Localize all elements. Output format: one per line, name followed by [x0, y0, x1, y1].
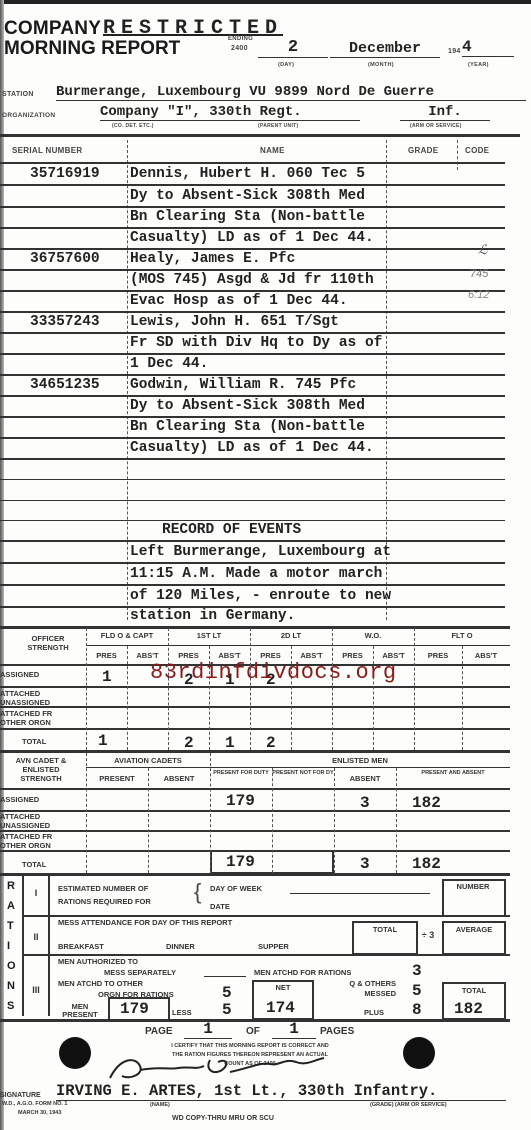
roster-line: Casualty) LD as of 1 Dec 44.	[130, 440, 374, 456]
group-label: W.O.	[332, 631, 414, 640]
form-title-company: COMPANY	[4, 18, 101, 40]
form-date: MARCH 30, 1943	[18, 1110, 61, 1116]
group-label: ENLISTED MEN	[210, 756, 510, 765]
arm-value: Inf.	[400, 104, 490, 121]
label: MESS SEPARATELY	[104, 968, 176, 977]
sub-label: ABS'T	[291, 651, 332, 660]
grade-caption: (GRADE) (ARM OR SERVICE)	[370, 1102, 447, 1108]
roster-line: Evac Hosp as of 1 Dec 44.	[130, 293, 348, 309]
col-grade: GRADE	[408, 146, 438, 155]
label: DATE	[210, 902, 230, 911]
row-label-total: TOTAL	[22, 737, 46, 746]
label: MESSED	[326, 989, 396, 998]
col-serial: SERIAL NUMBER	[12, 146, 82, 155]
rations-letter: N	[7, 980, 15, 992]
col-name: NAME	[260, 146, 285, 155]
label: LESS	[172, 1008, 192, 1017]
value: 5	[222, 1001, 232, 1019]
value: 182	[454, 1000, 483, 1018]
serial-number: 33357243	[30, 314, 100, 330]
margin-note-initials: ℒ	[478, 243, 487, 258]
report-year: 4	[462, 38, 514, 57]
sub-label: ABS'T	[373, 651, 414, 660]
row-label-attached-unassigned: ATTACHED UNASSIGNED	[0, 812, 75, 830]
signer-name: IRVING E. ARTES, 1st Lt., 330th Infantry…	[56, 1082, 506, 1101]
row-label-assigned: ASSIGNED	[0, 795, 39, 804]
sub-label: PRES	[168, 651, 209, 660]
sub-label: ABS'T	[462, 651, 510, 660]
sub-label: PRESENT FOR DUTY	[210, 770, 272, 776]
name-caption: (NAME)	[150, 1102, 170, 1108]
officer-strength-label: OFFICER STRENGTH	[18, 634, 78, 652]
brace: {	[194, 881, 201, 903]
form-title-morning-report: MORNING REPORT	[4, 38, 180, 60]
value: 5	[412, 982, 422, 1000]
page-count: 1	[272, 1020, 316, 1039]
label: PLUS	[364, 1008, 384, 1017]
report-day: 2	[258, 38, 328, 58]
day-caption: (DAY)	[278, 62, 294, 68]
sub-label: PRESENT	[86, 774, 148, 783]
row-label-attached-other: ATTACHED FR OTHER ORGN	[0, 709, 75, 727]
event-line: 11:15 A.M. Made a motor march	[130, 566, 382, 582]
page-number: 1	[184, 1020, 232, 1039]
rations-letter: A	[7, 900, 15, 912]
classification-stamp: RESTRICTED	[103, 17, 283, 40]
record-of-events-heading: RECORD OF EVENTS	[162, 522, 301, 538]
punch-hole-left	[59, 1037, 91, 1069]
station-value: Burmerange, Luxembourg VU 9899 Nord De G…	[56, 84, 526, 101]
ending-time: 2400	[231, 45, 248, 52]
sub-label: PRES	[250, 651, 291, 660]
divide-sign: ÷ 3	[418, 930, 438, 940]
scan-edge-left	[0, 0, 4, 1130]
group-label: 2D LT	[250, 631, 332, 640]
value: 179	[226, 853, 255, 871]
value: 1	[102, 668, 112, 686]
pages-label: PAGES	[320, 1026, 354, 1037]
section-number: III	[24, 985, 48, 995]
roster-line: Casualty) LD as of 1 Dec 44.	[130, 230, 374, 246]
group-label: 1ST LT	[168, 631, 250, 640]
enlisted-strength-label: AVN CADET & ENLISTED STRENGTH	[6, 756, 76, 783]
value: 174	[266, 999, 295, 1017]
label: RATIONS REQUIRED FOR	[58, 897, 151, 906]
station-label: STATION	[2, 91, 34, 98]
serial-number: 35716919	[30, 166, 100, 182]
section-number: II	[24, 932, 48, 942]
roster-line: Dy to Absent-Sick 308th Med	[130, 188, 365, 204]
roster-line: Dy to Absent-Sick 308th Med	[130, 398, 365, 414]
website-watermark: 83rdinfdivdocs.org	[150, 660, 397, 685]
group-label: FLD O & CAPT	[86, 631, 168, 640]
value: 8	[412, 1001, 422, 1019]
sub-label: ABSENT	[334, 774, 396, 783]
label: MESS ATTENDANCE FOR DAY OF THIS REPORT	[58, 918, 232, 927]
serial-number: 34651235	[30, 377, 100, 393]
section-number: I	[24, 888, 48, 898]
roster-line: Godwin, William R. 745 Pfc	[130, 377, 356, 393]
rations-letter: R	[7, 880, 15, 892]
col-code: CODE	[465, 146, 489, 155]
row-label-attached-unassigned: ATTACHED UNASSIGNED	[0, 689, 75, 707]
morning-report-document: COMPANY RESTRICTED MORNING REPORT ENDING…	[0, 0, 531, 1130]
label: AVERAGE	[442, 925, 506, 934]
row-label-total: TOTAL	[22, 860, 46, 869]
event-line: of 120 Miles, - enroute to new	[130, 588, 391, 604]
value: 5	[222, 984, 232, 1002]
organization-label: ORGANIZATION	[2, 112, 55, 119]
sub-label: PRES	[332, 651, 373, 660]
report-month: December	[330, 40, 440, 58]
label: MEN ATCHD TO OTHER	[58, 979, 143, 988]
row-label-assigned: ASSIGNED	[0, 670, 39, 679]
roster-line: 1 Dec 44.	[130, 356, 208, 372]
sub-label: ABS'T	[209, 651, 250, 660]
form-number: W.D., A.G.O. FORM NO. 1	[2, 1101, 68, 1107]
label: MEN ATCHD FOR RATIONS	[254, 968, 351, 977]
org-caption: (CO. DET. ETC.)	[112, 123, 154, 129]
handwritten-signature	[100, 1048, 330, 1086]
rations-letter: S	[7, 1000, 14, 1012]
scan-edge-top	[0, 0, 531, 4]
roster-line: (MOS 745) Asgd & Jd fr 110th	[130, 272, 374, 288]
event-line: Left Burmerange, Luxembourg at	[130, 544, 391, 560]
label: ESTIMATED NUMBER OF	[58, 884, 148, 893]
roster-line: Bn Clearing Sta (Non-battle	[130, 419, 365, 435]
punch-hole-right	[403, 1037, 435, 1069]
margin-note-time: 6:12	[468, 289, 489, 301]
roster-line: Fr SD with Div Hq to Dy as of	[130, 335, 382, 351]
organization-value: Company "I", 330th Regt.	[100, 104, 360, 121]
sub-label: PRESENT NOT FOR DY	[272, 770, 334, 776]
group-label: FLT O	[414, 631, 510, 640]
col-divider	[457, 140, 459, 170]
roster-line: Lewis, John H. 651 T/Sgt	[130, 314, 339, 330]
label: NET	[252, 983, 314, 992]
rations-letter: O	[7, 960, 16, 972]
sub-label: ABSENT	[148, 774, 210, 783]
sub-label: PRES	[86, 651, 127, 660]
value: 3	[412, 962, 422, 980]
label: MEN PRESENT	[62, 1003, 98, 1019]
label: DINNER	[166, 942, 195, 951]
sub-label: PRESENT AND ABSENT	[396, 770, 510, 776]
col-divider	[127, 140, 129, 620]
page-label: PAGE	[145, 1026, 173, 1037]
of-label: OF	[246, 1026, 260, 1037]
margin-note-mos: 745	[470, 268, 488, 280]
roster-line: Healy, James E. Pfc	[130, 251, 295, 267]
label: DAY OF WEEK	[210, 884, 262, 893]
value: 182	[412, 855, 441, 873]
rations-letter: I	[7, 940, 10, 952]
serial-number: 36757600	[30, 251, 100, 267]
row-label-attached-other: ATTACHED FR OTHER ORGN	[0, 832, 75, 850]
arm-caption: (ARM OR SERVICE)	[410, 123, 462, 129]
value: 1	[98, 732, 108, 750]
value: 3	[360, 855, 370, 873]
roster-line: Dennis, Hubert H. 060 Tec 5	[130, 166, 365, 182]
label: TOTAL	[352, 925, 418, 934]
year-prefix: 194	[448, 48, 461, 55]
parent-caption: (PARENT UNIT)	[258, 123, 298, 129]
event-line: station in Germany.	[130, 608, 295, 624]
month-caption: (MONTH)	[368, 62, 394, 68]
label: NUMBER	[442, 882, 504, 891]
sub-label: PRES	[414, 651, 462, 660]
group-label: AVIATION CADETS	[86, 756, 210, 765]
sub-label: ABS'T	[127, 651, 168, 660]
rations-letter: T	[7, 920, 14, 932]
value: 179	[226, 792, 255, 810]
value: 179	[120, 1000, 149, 1018]
roster-line: Bn Clearing Sta (Non-battle	[130, 209, 365, 225]
label: SUPPER	[258, 942, 289, 951]
copy-note: WD COPY-THRU MRU OR SCU	[172, 1115, 274, 1122]
label: TOTAL	[442, 986, 506, 995]
divider	[0, 134, 520, 137]
label: BREAKFAST	[58, 942, 104, 951]
signature-label: SIGNATURE	[0, 1092, 41, 1099]
label: Q & OTHERS	[326, 979, 396, 988]
year-caption: (YEAR)	[468, 62, 489, 68]
label: MEN AUTHORIZED TO	[58, 957, 138, 966]
ending-label: ENDING	[228, 36, 253, 42]
